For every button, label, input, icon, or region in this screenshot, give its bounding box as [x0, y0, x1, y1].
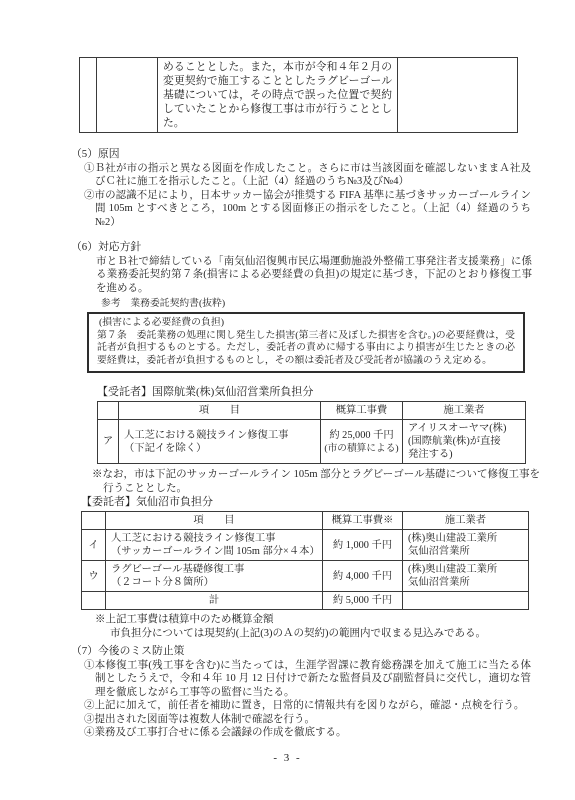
- page-number: - 3 -: [0, 752, 575, 766]
- city-repair-note: ※なお，市は下記のサッカーゴールライン 105m 部分とラグビーゴール基礎につい…: [92, 468, 540, 495]
- builder-cell: (株)奥山建設工業所 気仙沼営業所: [403, 561, 529, 592]
- header-empty: [82, 512, 106, 530]
- section-cause: （5）原因 ①Ｂ社が市の指示と異なる図面を作成したこと。さらに市は当該図面を確認…: [71, 148, 535, 229]
- item-line: （下記イを除く）: [124, 442, 315, 455]
- contract-box-body: 第７条 委託業務の処理に関し発生した損害(第三者に及ぼした損害を含む。)の必要経…: [97, 330, 515, 368]
- table-row-i: イ 人工芝における競技ライン修復工事 （サッカーゴールライン間 105m 部分×…: [82, 530, 529, 561]
- empty-cell: [80, 58, 97, 133]
- total-label: 計: [106, 592, 323, 610]
- cause-item-1: ①Ｂ社が市の指示と異なる図面を作成したこと。さらに市は当該図面を確認しないままＡ…: [84, 162, 531, 189]
- estimate-notes: ※上記工事費は積算中のため概算金額 市負担分については現契約(上記(3)のＡの契…: [95, 613, 575, 640]
- prevention-item-3: ③提出された図面等は複数人体制で確認を行う。: [84, 713, 531, 727]
- table-header-row: 項 目 概算工事費※ 施工業者: [82, 512, 529, 530]
- builder-cell: アイリスオーヤマ(株) (国際航業(株)が直接 発注する): [403, 420, 526, 464]
- item-number: ④: [84, 727, 95, 738]
- header-empty: [98, 402, 119, 420]
- continuation-text-cell: めることとした。また，本市が令和４年２月の変更契約で施工することとしたラグビーゴ…: [158, 58, 398, 133]
- row-key: ウ: [82, 561, 106, 592]
- table-row-a: ア 人工芝における競技ライン修復工事 （下記イを除く） 約 25,000 千円 …: [98, 420, 526, 464]
- item-cell: 人工芝における競技ライン修復工事 （下記イを除く）: [119, 420, 321, 464]
- estimate-note-2: 市負担分については現契約(上記(3)のＡの契約)の範囲内で収まる見込みである。: [110, 627, 575, 641]
- cause-item-2: ②市の認識不足により，日本サッカー協会が推奨する FIFA 基準に基づきサッカー…: [84, 189, 531, 230]
- prevention-item-1: ①本修復工事(残工事を含む)に当たっては，生涯学習課に教育総務課を加えて施工に当…: [84, 659, 531, 700]
- item-line: ラグビーゴール基礎修復工事: [111, 563, 317, 576]
- item-text: 業務及び工事打合せに係る会議録の作成を徹底する。: [95, 727, 347, 738]
- header-builder: 施工業者: [403, 512, 529, 530]
- document-page: めることとした。また，本市が令和４年２月の変更契約で施工することとしたラグビーゴ…: [0, 0, 575, 800]
- section-cause-heading: （5）原因: [71, 148, 535, 162]
- builder-cell: (株)奥山建設工業所 気仙沼営業所: [403, 530, 529, 561]
- empty-cell: [403, 592, 529, 610]
- cost-line: 約 25,000 千円: [323, 429, 400, 442]
- table-row: めることとした。また，本市が令和４年２月の変更契約で施工することとしたラグビーゴ…: [80, 58, 518, 133]
- item-cell: 人工芝における競技ライン修復工事 （サッカーゴールライン間 105m 部分×４本…: [106, 530, 323, 561]
- contractor-table-label: 【受託者】国際航業(株)気仙沼営業所負担分: [97, 386, 575, 399]
- cost-cell: 約 4,000 千円: [323, 561, 403, 592]
- contractor-cost-table: 項 目 概算工事費 施工業者 ア 人工芝における競技ライン修復工事 （下記イを除…: [97, 401, 526, 464]
- builder-line: (国際航業(株)が直接: [408, 435, 520, 448]
- table-total-row: 計 約 5,000 千円: [82, 592, 529, 610]
- section-prevention: （7）今後のミス防止策 ①本修復工事(残工事を含む)に当たっては，生涯学習課に教…: [71, 645, 535, 740]
- city-cost-table: 項 目 概算工事費※ 施工業者 イ 人工芝における競技ライン修復工事 （サッカー…: [81, 511, 529, 610]
- item-number: ①: [84, 163, 95, 174]
- item-number: ②: [84, 700, 95, 711]
- empty-cell: [97, 58, 158, 133]
- item-text: 市の認識不足により，日本サッカー協会が推奨する FIFA 基準に基づきサッカーゴ…: [95, 190, 531, 228]
- prevention-item-4: ④業務及び工事打合せに係る会議録の作成を徹底する。: [84, 726, 531, 740]
- builder-line: 気仙沼営業所: [408, 576, 523, 589]
- header-item: 項 目: [106, 512, 323, 530]
- item-cell: ラグビーゴール基礎修復工事 （２コート分８箇所）: [106, 561, 323, 592]
- policy-body-text: 市とＢ社で締結している「南気仙沼復興市民広場運動施設外整備工事発注者支援業務」に…: [96, 255, 532, 296]
- row-key: ア: [98, 420, 119, 464]
- item-text: 本修復工事(残工事を含む)に当たっては，生涯学習課に教育総務課を加えて施工に当た…: [95, 660, 531, 698]
- item-line: 人工芝における競技ライン修復工事: [111, 532, 317, 545]
- builder-line: (株)奥山建設工業所: [408, 563, 523, 576]
- total-cost-cell: 約 5,000 千円: [323, 592, 403, 610]
- item-text: Ｂ社が市の指示と異なる図面を作成したこと。さらに市は当該図面を確認しないままＡ社…: [95, 163, 531, 188]
- cost-line: (市の積算による): [323, 442, 400, 455]
- row-key: イ: [82, 530, 106, 561]
- table-row-u: ウ ラグビーゴール基礎修復工事 （２コート分８箇所） 約 4,000 千円 (株…: [82, 561, 529, 592]
- prevention-item-2: ②上記に加えて，前任者を補助に置き，日常的に情報共有を図りながら，確認・点検を行…: [84, 699, 531, 713]
- builder-line: 発注する): [408, 448, 520, 461]
- contract-excerpt-box: (損害による必要経費の負担) 第７条 委託業務の処理に関し発生した損害(第三者に…: [87, 312, 525, 373]
- builder-line: (株)奥山建設工業所: [408, 532, 523, 545]
- item-text: 上記に加えて，前任者を補助に置き，日常的に情報共有を図りながら，確認・点検を行う…: [95, 700, 525, 711]
- item-number: ②: [84, 190, 95, 201]
- cost-cell: 約 1,000 千円: [323, 530, 403, 561]
- item-line: （２コート分８箇所）: [111, 576, 317, 589]
- builder-line: 気仙沼営業所: [408, 545, 523, 558]
- item-number: ①: [84, 660, 95, 671]
- contract-box-caption: (損害による必要経費の負担): [97, 317, 515, 330]
- header-cost: 概算工事費※: [323, 512, 403, 530]
- item-number: ③: [84, 714, 95, 725]
- section-policy: （6）対応方針 市とＢ社で締結している「南気仙沼復興市民広場運動施設外整備工事発…: [71, 241, 535, 373]
- section-policy-heading: （6）対応方針: [71, 241, 535, 255]
- builder-line: アイリスオーヤマ(株): [408, 422, 520, 435]
- city-table-label: 【委託者】気仙沼市負担分: [81, 496, 575, 509]
- empty-cell: [82, 592, 106, 610]
- estimate-note-1: ※上記工事費は積算中のため概算金額: [95, 613, 575, 627]
- cost-cell: 約 25,000 千円 (市の積算による): [321, 420, 403, 464]
- progress-table-continuation: めることとした。また，本市が令和４年２月の変更契約で施工することとしたラグビーゴ…: [79, 57, 518, 133]
- item-text: 提出された図面等は複数人体制で確認を行う。: [95, 714, 316, 725]
- empty-cell: [398, 58, 518, 133]
- reference-label: 参考 業務委託契約書(抜粋): [101, 297, 535, 310]
- header-cost: 概算工事費: [321, 402, 403, 420]
- item-line: 人工芝における競技ライン修復工事: [124, 429, 315, 442]
- header-item: 項 目: [119, 402, 321, 420]
- table-header-row: 項 目 概算工事費 施工業者: [98, 402, 526, 420]
- item-line: （サッカーゴールライン間 105m 部分×４本）: [111, 545, 317, 558]
- header-builder: 施工業者: [403, 402, 526, 420]
- section-prevention-heading: （7）今後のミス防止策: [71, 645, 535, 659]
